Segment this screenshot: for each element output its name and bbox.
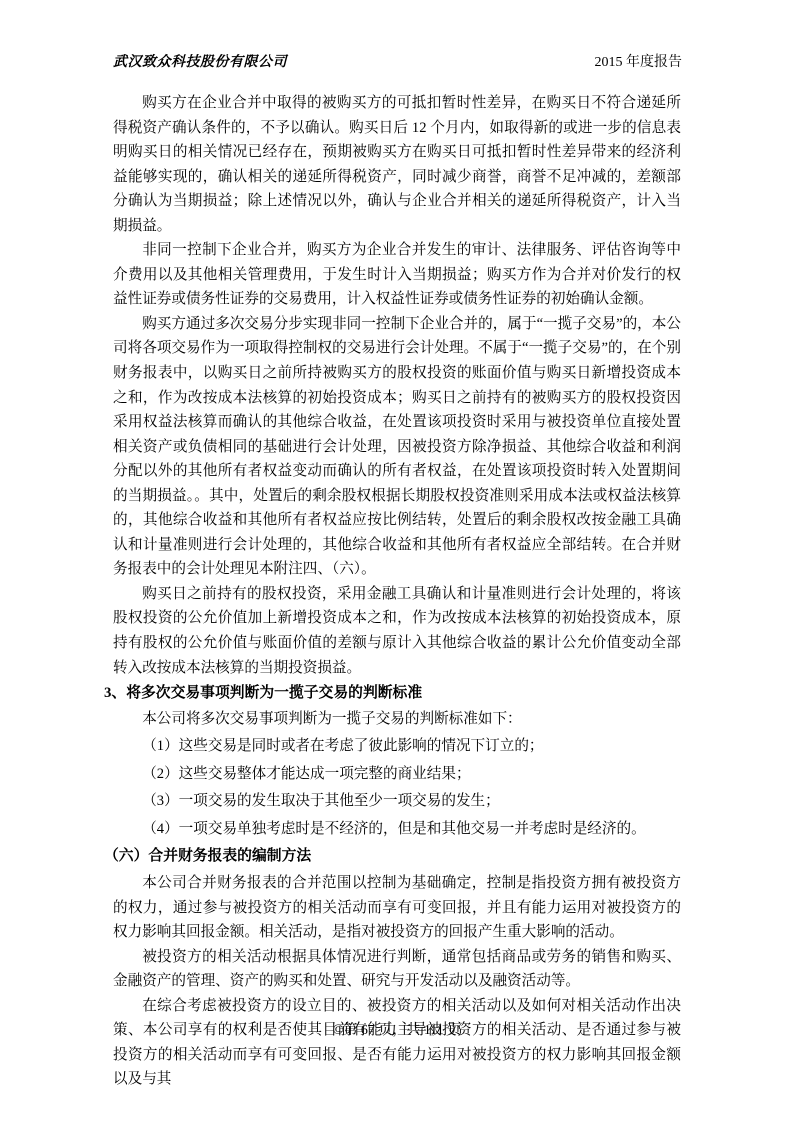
header-report-title: 2015 年度报告 (595, 54, 683, 72)
document-page: 武汉致众科技股份有限公司 2015 年度报告 购买方在企业合并中取得的被购买方的… (0, 0, 794, 1123)
document-body: 购买方在企业合并中取得的被购买方的可抵扣暂时性差异，在购买日不符合递延所得税资产… (113, 91, 681, 1092)
heading-bundle-criteria: 3、将多次交易事项判断为一揽子交易的判断标准 (104, 681, 681, 706)
list-item-2: （2）这些交易整体才能达成一项完整的商业结果； (113, 762, 681, 787)
paragraph-prior-equity: 购买日之前持有的股权投资，采用金融工具确认和计量准则进行会计处理的，将该股权投资… (113, 582, 681, 680)
paragraph-step-acquisition: 购买方通过多次交易分步实现非同一控制下企业合并的，属于“一揽子交易”的，本公司将… (113, 312, 681, 582)
paragraph-control-assessment: 在综合考虑被投资方的设立目的、被投资方的相关活动以及如何对相关活动作出决策、本公… (113, 994, 681, 1092)
heading-consolidation-method: （六）合并财务报表的编制方法 (104, 844, 681, 869)
list-item-1: （1）这些交易是同时或者在考虑了彼此影响的情况下订立的； (113, 734, 681, 759)
page-number-text: ©第 67 页，共 111 页 (333, 1023, 462, 1038)
header-company-name: 武汉致众科技股份有限公司 (113, 54, 287, 72)
paragraph-intermediary-fees: 非同一控制下企业合并，购买方为企业合并发生的审计、法律服务、评估咨询等中介费用以… (113, 238, 681, 312)
paragraph-consolidation-scope: 本公司合并财务报表的合并范围以控制为基础确定，控制是指投资方拥有被投资方的权力，… (113, 871, 681, 945)
list-item-4: （4）一项交易单独考虑时是不经济的，但是和其他交易一并考虑时是经济的。 (113, 817, 681, 842)
page-footer: ©第 67 页，共 111 页 (0, 1021, 794, 1041)
list-item-3: （3）一项交易的发生取决于其他至少一项交易的发生； (113, 789, 681, 814)
paragraph-relevant-activities: 被投资方的相关活动根据具体情况进行判断，通常包括商品或劳务的销售和购买、金融资产… (113, 945, 681, 994)
paragraph-deferred-tax: 购买方在企业合并中取得的被购买方的可抵扣暂时性差异，在购买日不符合递延所得税资产… (113, 91, 681, 238)
paragraph-criteria-intro: 本公司将多次交易事项判断为一揽子交易的判断标准如下： (113, 707, 681, 732)
page-header: 武汉致众科技股份有限公司 2015 年度报告 (113, 54, 682, 72)
